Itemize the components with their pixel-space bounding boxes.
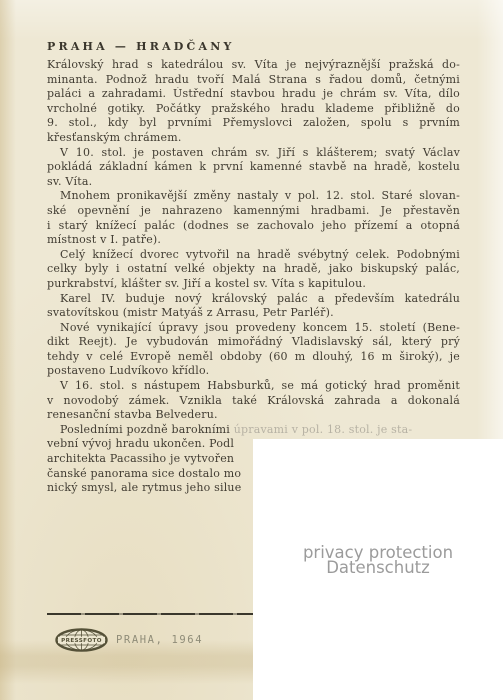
text-line: renesanční stavba Belvederu. <box>47 408 460 423</box>
text-line: Karel IV. buduje nový královský palác a … <box>47 292 460 307</box>
pressfoto-logo-text: PRESSFOTO <box>61 638 102 644</box>
text-line: purkrabství, klášter sv. Jiří a kostel s… <box>47 277 460 292</box>
text-line: Celý knížecí dvorec vytvořil na hradě sv… <box>47 248 460 263</box>
page-title: PRAHA — HRADČANY <box>47 40 235 53</box>
article-body: Královský hrad s katedrálou sv. Víta je … <box>47 58 460 496</box>
text-line: v novodobý zámek. Vznikla také Královská… <box>47 394 460 409</box>
text-line: Královský hrad s katedrálou sv. Víta je … <box>47 58 460 73</box>
text-line: V 10. stol. je postaven chrám sv. Jiří s… <box>47 146 460 161</box>
pressfoto-logo-icon: PRESSFOTO <box>55 628 108 656</box>
text-line: i starý knížecí palác (dodnes se zachova… <box>47 219 460 234</box>
text-line: minanta. Podnož hradu tvoří Malá Strana … <box>47 73 460 88</box>
text-line: V 16. stol. s nástupem Habsburků, se má … <box>47 379 460 394</box>
privacy-protection-line-de: Datenschutz <box>253 561 503 576</box>
text-line: křesťanským chrámem. <box>47 131 460 146</box>
text-line: Posledními pozdně barokními úpravami v p… <box>47 423 460 438</box>
text-line: místnost v I. patře). <box>47 233 460 248</box>
text-line: svatovítskou (mistr Matyáš z Arrasu, Pet… <box>47 306 460 321</box>
text-line: celky byly i ostatní velké objekty na hr… <box>47 262 460 277</box>
privacy-protection-label: privacy protection Datenschutz <box>253 546 503 575</box>
text-line: postaveno Ludvíkovo křídlo. <box>47 364 460 379</box>
text-line: Nové vynikající úpravy jsou provedeny ko… <box>47 321 460 336</box>
text-line: vrcholné gotiky. Počátky pražského hradu… <box>47 102 460 117</box>
text-line: sv. Víta. <box>47 175 460 190</box>
text-line: pokládá základní kámen k první kamenné s… <box>47 160 460 175</box>
text-line: 9. stol., kdy byl prvními Přemyslovci za… <box>47 116 460 131</box>
text-line: dikt Reejt). Je vybudován mimořádný Vlad… <box>47 335 460 350</box>
scanned-postcard-back: PRAHA — HRADČANY Královský hrad s katedr… <box>0 0 503 700</box>
text-line: tehdy v celé Evropě neměl obdoby (60 m d… <box>47 350 460 365</box>
text-line-visible-part: Posledními pozdně barokními <box>60 423 234 436</box>
text-line: ské opevnění je nahrazeno kamennými hrad… <box>47 204 460 219</box>
privacy-protection-overlay: privacy protection Datenschutz <box>253 439 503 700</box>
text-line: Mnohem pronikavější změny nastaly v pol.… <box>47 189 460 204</box>
text-line-faded-part: úpravami v pol. 18. stol. je sta- <box>234 423 413 436</box>
text-line: paláci a zahradami. Ústřední stavbou hra… <box>47 87 460 102</box>
imprint-text: PRAHA, 1964 <box>116 634 203 646</box>
